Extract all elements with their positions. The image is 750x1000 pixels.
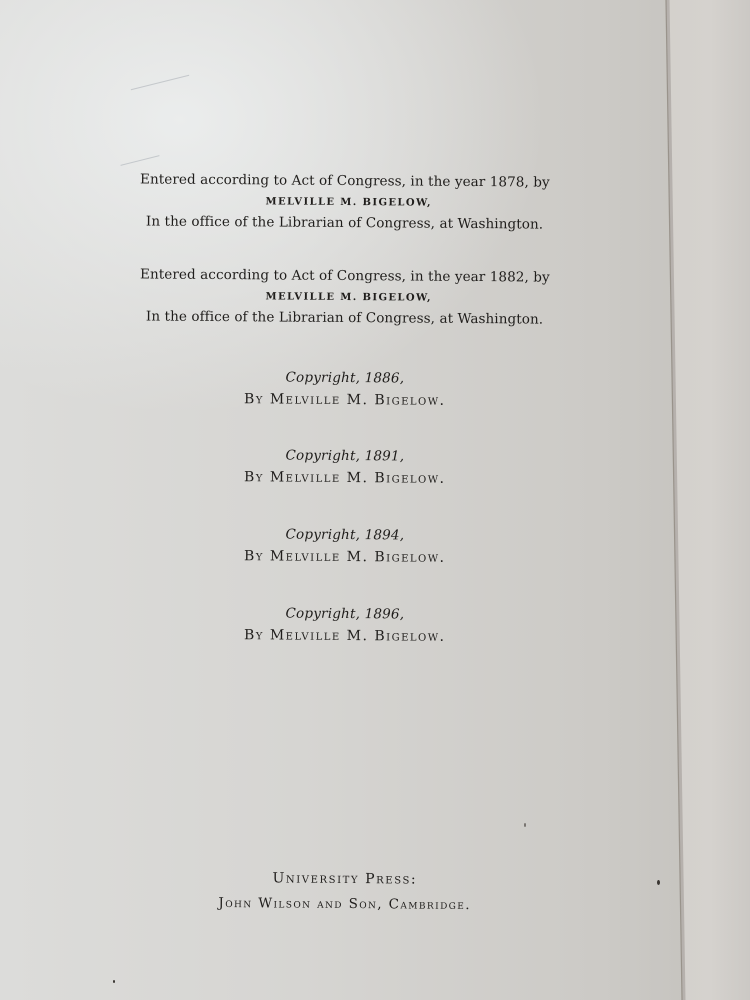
paper-speck: [657, 880, 660, 885]
copyright-1896: Copyright, 1896, By Melville M. Bigelow.: [0, 600, 690, 649]
copyright-1886: Copyright, 1886, By Melville M. Bigelow.: [0, 364, 690, 413]
fold-shadow: [710, 0, 750, 1000]
book-page-photo: Entered according to Act of Congress, in…: [0, 0, 750, 1000]
paper-speck: [524, 823, 526, 827]
copyright-page: [0, 0, 750, 1000]
printer-imprint: University Press: John Wilson and Son, C…: [0, 863, 690, 918]
paper-speck: [113, 980, 115, 983]
registration-1878: Entered according to Act of Congress, in…: [0, 168, 690, 236]
copyright-1891: Copyright, 1891, By Melville M. Bigelow.: [0, 442, 690, 491]
copyright-1894: Copyright, 1894, By Melville M. Bigelow.: [0, 521, 690, 570]
registration-1882: Entered according to Act of Congress, in…: [0, 263, 690, 331]
